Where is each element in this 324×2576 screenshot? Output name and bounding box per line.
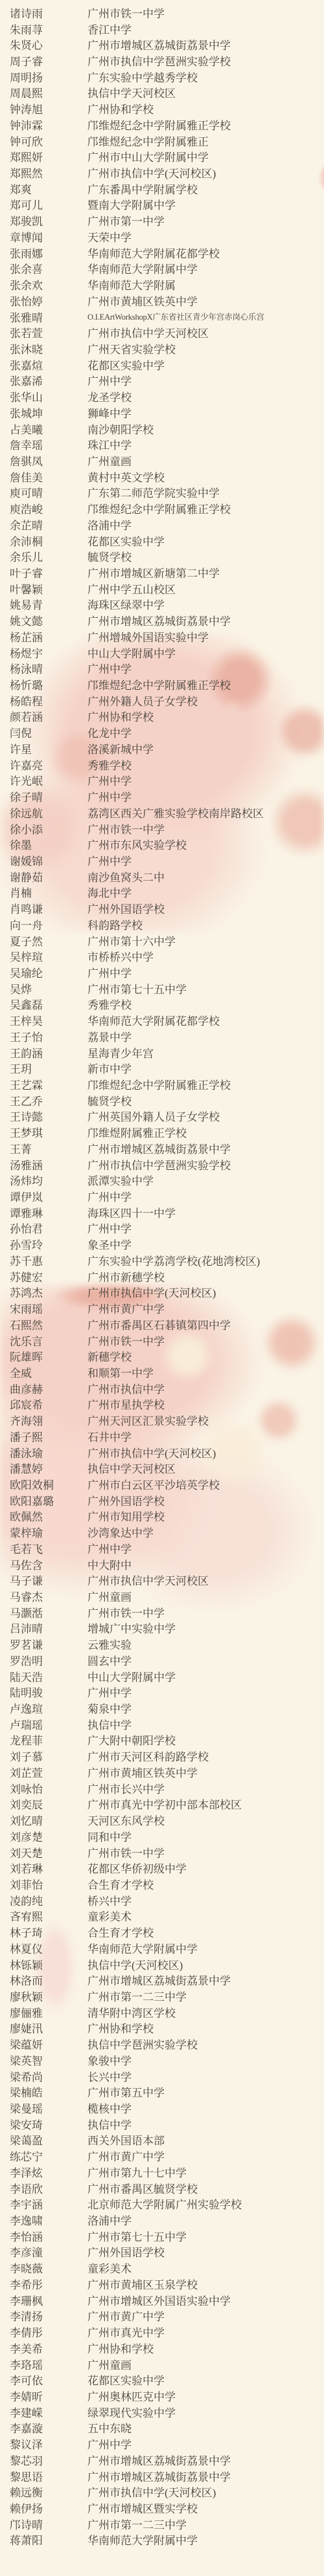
student-name: 廖秋颖 xyxy=(10,1988,87,2004)
school-name: 邝维煜纪念中学附属雅正 xyxy=(87,133,324,149)
school-name: 清华附中湾区学校 xyxy=(87,2004,324,2020)
list-item: 张若萱 广州市执信中学天河校区 xyxy=(0,324,324,340)
student-name: 王梦琪 xyxy=(10,1124,87,1140)
list-item: 余沛桐 花都区实验中学 xyxy=(0,533,324,549)
list-item: 杨芷涵 广州增城外国语实验中学 xyxy=(0,628,324,644)
student-name: 庾可晴 xyxy=(10,484,87,500)
list-item: 王梦琪 邝维煜附属雅正学校 xyxy=(0,1124,324,1140)
school-name: 华南师范大学附属中学 xyxy=(87,2531,324,2548)
school-name: 广州市第一二三中学 xyxy=(87,1988,324,2004)
list-item: 李婧昕 广州奥林匹克中学 xyxy=(0,2388,324,2404)
list-item: 周明扬 广东实验中学越秀学校 xyxy=(0,69,324,85)
student-name: 张嘉浠 xyxy=(10,372,87,388)
student-name: 刘菲怡 xyxy=(10,1876,87,1892)
school-name: 黄村中英文学校 xyxy=(87,468,324,485)
student-name: 徐墨 xyxy=(10,836,87,852)
list-item: 梁希尚 长兴中学 xyxy=(0,2068,324,2084)
student-name: 叶子睿 xyxy=(10,564,87,580)
student-name: 郑可儿 xyxy=(10,196,87,212)
list-item: 杨泳晴 广州中学 xyxy=(0,660,324,676)
student-name: 黎议泽 xyxy=(10,2436,87,2452)
school-name: 广州市黄埔区铁英中学 xyxy=(87,1764,324,1780)
list-item: 赖远衡 广州市执信中学(天河校区) xyxy=(0,2483,324,2500)
school-name: 同和中学 xyxy=(87,1828,324,1844)
student-name: 李泽炫 xyxy=(10,2164,87,2180)
list-item: 张嘉浠 广州中学 xyxy=(0,373,324,389)
list-item: 谢媛锦 广州中学 xyxy=(0,852,324,868)
student-name: 梁楠皓 xyxy=(10,2084,87,2100)
list-item: 刘菲怡 合生育才学校 xyxy=(0,1876,324,1892)
student-name: 朱贤心 xyxy=(10,36,87,52)
school-name: 合生育才学校 xyxy=(87,1876,324,1892)
student-name: 王艺霖 xyxy=(10,1076,87,1092)
school-name: 广东实验中学越秀学校 xyxy=(87,69,324,85)
list-item: 黎芯羽 广州市增城区荔城街荔景中学 xyxy=(0,2452,324,2468)
list-item: 赖伊扬 广州市增城区暨实学校 xyxy=(0,2500,324,2516)
list-item: 詹佳美 黄村中英文学校 xyxy=(0,468,324,485)
student-name: 沈乐言 xyxy=(10,1332,87,1349)
student-name: 李宇涵 xyxy=(10,2196,87,2212)
school-name: 广州天河区汇景实验学校 xyxy=(87,1412,324,1428)
list-item: 吴鑫磊 秀雅学校 xyxy=(0,996,324,1013)
student-name: 林子琦 xyxy=(10,1924,87,1940)
list-item: 王艺霖 邝维煜纪念中学附属雅正学校 xyxy=(0,1076,324,1092)
student-name: 张若萱 xyxy=(10,324,87,340)
student-name: 刘天楚 xyxy=(10,1844,87,1860)
list-item: 王韵涵 星海青少年宫 xyxy=(0,1044,324,1061)
school-name: 广州市黄埔区铁英中学 xyxy=(87,292,324,309)
school-name: 广州中学 xyxy=(87,2436,324,2452)
student-name: 张沐晓 xyxy=(10,340,87,357)
winner-roster-list: 诸诗雨 广州市铁一中学 朱雨荨 香江中学 朱贤心 广州市增城区荔城街荔景中学 周… xyxy=(0,5,324,2548)
list-item: 刘忆晴 天河区东风学校 xyxy=(0,1812,324,1828)
list-item: 占美曦 南沙朝阳学校 xyxy=(0,421,324,437)
list-item: 苏鸿杰 广州市执信中学(天河校区) xyxy=(0,1284,324,1301)
student-name: 石熙然 xyxy=(10,1316,87,1332)
student-name: 徐远航 xyxy=(10,804,87,820)
school-name: 广州市黄广中学 xyxy=(87,1300,324,1316)
school-name: 广州市天河区科韵路学校 xyxy=(87,1748,324,1764)
list-item: 朱贤心 广州市增城区荔城街荔景中学 xyxy=(0,36,324,52)
list-item: 刘子慕 广州市天河区科韵路学校 xyxy=(0,1748,324,1764)
list-item: 徐远航 荔湾区西关广雅实验学校南岸路校区 xyxy=(0,804,324,820)
student-name: 李希彤 xyxy=(10,2276,87,2292)
school-name: 南沙鱼窝头二中 xyxy=(87,868,324,885)
school-name: 洛浦中学 xyxy=(87,516,324,533)
school-name: 北京师范大学附属广州实验学校 xyxy=(87,2196,324,2212)
school-name: 广州外国语学校 xyxy=(87,1492,324,1508)
student-name: 王玥 xyxy=(10,1060,87,1076)
school-name: 暨南大学附属中学 xyxy=(87,196,324,212)
student-name: 王梓昊 xyxy=(10,1012,87,1028)
student-name: 庾浩峻 xyxy=(10,500,87,516)
student-name: 张城坤 xyxy=(10,404,87,421)
school-name: 执信中学(天河校区) xyxy=(87,1956,324,1972)
student-name: 李倩彤 xyxy=(10,2324,87,2340)
list-item: 凌韵纯 桥兴中学 xyxy=(0,1892,324,1908)
school-name: 广州市知用学校 xyxy=(87,1508,324,1524)
list-item: 石熙然 广州市番禺区石碁镇第四中学 xyxy=(0,1316,324,1332)
list-item: 叶子睿 广州市增城区新塘第二中学 xyxy=(0,564,324,580)
student-name: 郑爽 xyxy=(10,181,87,197)
list-item: 张怡婷 广州市黄埔区铁英中学 xyxy=(0,292,324,309)
list-item: 钟可欣 邝维煜纪念中学附属雅正 xyxy=(0,133,324,149)
list-item: 吕沛晴 增城广中实验中学 xyxy=(0,1620,324,1636)
student-name: 龙程菲 xyxy=(10,1732,87,1748)
list-item: 邝诗晴 广州市第一二三中学 xyxy=(0,2516,324,2532)
school-name: 邝维煜纪念中学附属雅正学校 xyxy=(87,116,324,133)
student-name: 李婧昕 xyxy=(10,2388,87,2404)
list-item: 宋雨瑶 广州市黄广中学 xyxy=(0,1300,324,1316)
student-name: 刘芷萱 xyxy=(10,1764,87,1780)
list-item: 谭伊岚 广州中学 xyxy=(0,1188,324,1204)
student-name: 王诗懿 xyxy=(10,1108,87,1124)
school-name: 广州市第七十五中学 xyxy=(87,980,324,996)
student-name: 钟可欣 xyxy=(10,133,87,149)
school-name: 广州市增城区荔城街荔景中学 xyxy=(87,2452,324,2468)
list-item: 许嘉亮 秀雅学校 xyxy=(0,756,324,773)
student-name: 余乐儿 xyxy=(10,548,87,564)
list-item: 孙雪玲 象圣中学 xyxy=(0,1236,324,1252)
school-name: 天河区东风学校 xyxy=(87,1812,324,1828)
student-name: 张雅晴 xyxy=(10,309,87,325)
school-name: 广州市中山大学附属中学 xyxy=(87,148,324,164)
school-name: 毓贤学校 xyxy=(87,548,324,564)
student-name: 欧佩然 xyxy=(10,1508,87,1524)
school-name: 洛溪新城中学 xyxy=(87,740,324,756)
list-item: 闫倪 化龙中学 xyxy=(0,724,324,740)
school-name: 广州市番禺区石碁镇第四中学 xyxy=(87,1316,324,1332)
list-item: 毛若飞 广州中学 xyxy=(0,1540,324,1556)
school-name: 广州协和学校 xyxy=(87,2020,324,2036)
school-name: 广州市增城区新塘第二中学 xyxy=(87,564,324,580)
school-name: 象骏中学 xyxy=(87,2052,324,2068)
student-name: 郑骏凯 xyxy=(10,212,87,228)
student-name: 梁蔼盈 xyxy=(10,2131,87,2148)
list-item: 李建嵘 绿翠现代实验中学 xyxy=(0,2404,324,2420)
list-item: 林洛而 广州市增城区荔城街荔景中学 xyxy=(0,1972,324,1988)
school-name: 华南师范大学附属 xyxy=(87,276,324,292)
school-name: 中山大学附属中学 xyxy=(87,1668,324,1684)
student-name: 刘忆晴 xyxy=(10,1812,87,1828)
school-name: O.I.EArtWorkshopX广东省社区青少年宫赤岗心乐宫 xyxy=(87,311,324,322)
list-item: 齐海翎 广州天河区汇景实验学校 xyxy=(0,1412,324,1428)
list-item: 潘泳瑜 广州市执信中学(天河校区) xyxy=(0,1444,324,1460)
list-item: 邱宸希 广州市星执学校 xyxy=(0,1396,324,1413)
school-name: 榄核中学 xyxy=(87,2100,324,2116)
list-item: 吴烨 广州市第七十五中学 xyxy=(0,980,324,996)
list-item: 林铄颖 执信中学(天河校区) xyxy=(0,1956,324,1972)
list-item: 余乐儿 毓贤学校 xyxy=(0,548,324,564)
school-name: 广州英国外籍人员子女学校 xyxy=(87,1108,324,1124)
student-name: 陆天浩 xyxy=(10,1668,87,1684)
list-item: 李宇涵 北京师范大学附属广州实验学校 xyxy=(0,2196,324,2212)
student-name: 张余欢 xyxy=(10,276,87,292)
school-name: 广州市执信中学琶洲实验学校 xyxy=(87,52,324,69)
student-name: 朱雨荨 xyxy=(10,21,87,37)
list-item: 廖秋颖 广州市第一二三中学 xyxy=(0,1988,324,2004)
student-name: 林洛而 xyxy=(10,1972,87,1988)
student-name: 刘彦楚 xyxy=(10,1828,87,1844)
list-item: 李倩彤 广州市真光中学 xyxy=(0,2324,324,2340)
school-name: 新市中学 xyxy=(87,1060,324,1076)
list-item: 诸诗雨 广州市铁一中学 xyxy=(0,5,324,21)
school-name: 秀雅学校 xyxy=(87,756,324,773)
list-item: 徐子晴 广州中学 xyxy=(0,788,324,804)
school-name: 狮峰中学 xyxy=(87,404,324,421)
list-item: 庾浩峻 邝维煜纪念中学附属雅正学校 xyxy=(0,500,324,516)
school-name: 广州市铁一中学 xyxy=(87,1332,324,1349)
student-name: 余芷晴 xyxy=(10,516,87,533)
student-name: 梁曼瑶 xyxy=(10,2100,87,2116)
student-name: 占美曦 xyxy=(10,421,87,437)
list-item: 刘咏怡 广州市长兴中学 xyxy=(0,1780,324,1796)
school-name: 广州市星执学校 xyxy=(87,1396,324,1412)
list-item: 罗茗谦 云雅实验 xyxy=(0,1636,324,1652)
school-name: 邝维煜附属雅正学校 xyxy=(87,1124,324,1140)
school-name: 绿翠现代实验中学 xyxy=(87,2404,324,2420)
list-item: 庾可晴 广东第二师范学院实验中学 xyxy=(0,485,324,501)
list-item: 张雅晴 O.I.EArtWorkshopX广东省社区青少年宫赤岗心乐宫 xyxy=(0,309,324,325)
list-item: 李晓薇 童彩美术 xyxy=(0,2260,324,2276)
list-item: 徐小添 广州市铁一中学 xyxy=(0,820,324,837)
school-name: 广州外籍人员子女学校 xyxy=(87,692,324,709)
school-name: 广东实验中学荔湾学校(花地湾校区) xyxy=(87,1252,324,1268)
student-name: 孙雪玲 xyxy=(10,1236,87,1252)
student-name: 张怡婷 xyxy=(10,292,87,309)
list-item: 王菁 广州市增城区荔城街荔景中学 xyxy=(0,1140,324,1156)
list-item: 刘芷萱 广州市黄埔区铁英中学 xyxy=(0,1764,324,1780)
student-name: 闫倪 xyxy=(10,724,87,740)
list-item: 黎议泽 广州中学 xyxy=(0,2436,324,2452)
student-name: 马佐含 xyxy=(10,1556,87,1572)
list-item: 谭雅琳 海珠区四十一中学 xyxy=(0,1204,324,1220)
school-name: 广州市新穗学校 xyxy=(87,1268,324,1284)
student-name: 杨忻璐 xyxy=(10,676,87,692)
list-item: 周子睿 广州市执信中学琶洲实验学校 xyxy=(0,52,324,69)
school-name: 广州中学 xyxy=(87,660,324,676)
student-name: 张嘉煊 xyxy=(10,357,87,373)
school-name: 市桥桥兴中学 xyxy=(87,948,324,964)
list-item: 刘彦楚 同和中学 xyxy=(0,1828,324,1844)
student-name: 潘子熙 xyxy=(10,1428,87,1444)
school-name: 广州中学 xyxy=(87,1540,324,1556)
list-item: 卢逸瑄 菊泉中学 xyxy=(0,1700,324,1716)
school-name: 广州市增城区荔城街荔景中学 xyxy=(87,612,324,628)
student-name: 肖鸣谦 xyxy=(10,900,87,916)
list-item: 欧阳嘉璐 广州外国语学校 xyxy=(0,1492,324,1508)
list-item: 张城坤 狮峰中学 xyxy=(0,404,324,421)
list-item: 汤雅涵 广州市执信中学琶洲实验学校 xyxy=(0,1156,324,1172)
school-name: 广州天省实验学校 xyxy=(87,340,324,357)
student-name: 宋雨瑶 xyxy=(10,1300,87,1316)
school-name: 广州中学 xyxy=(87,1684,324,1700)
school-name: 华南师范大学附属中学 xyxy=(87,260,324,276)
list-item: 李珊枫 广州市增城区外国语实验中学 xyxy=(0,2292,324,2308)
school-name: 花都区实验中学 xyxy=(87,357,324,373)
student-name: 刘若琳 xyxy=(10,1860,87,1876)
student-name: 刘子慕 xyxy=(10,1748,87,1764)
list-item: 肖楠 海北中学 xyxy=(0,885,324,901)
student-name: 马灏湉 xyxy=(10,1604,87,1620)
school-name: 华南师范大学附属花都学校 xyxy=(87,1012,324,1028)
student-name: 卢瑞瑶 xyxy=(10,1716,87,1732)
student-name: 梁英智 xyxy=(10,2052,87,2068)
school-name: 执信中学 xyxy=(87,1716,324,1732)
student-name: 姚易青 xyxy=(10,596,87,612)
list-item: 李美希 广州协和学校 xyxy=(0,2340,324,2356)
list-item: 马灏湉 广州市铁一中学 xyxy=(0,1604,324,1620)
student-name: 李建嵘 xyxy=(10,2404,87,2420)
school-name: 广州市铁一中学 xyxy=(87,820,324,837)
student-name: 黎芯羽 xyxy=(10,2452,87,2468)
school-name: 荔湾区西关广雅实验学校南岸路校区 xyxy=(87,804,324,820)
list-item: 王梓昊 华南师范大学附属花都学校 xyxy=(0,1012,324,1028)
school-name: 云雅实验 xyxy=(87,1636,324,1652)
list-item: 马睿杰 广州童画 xyxy=(0,1588,324,1604)
student-name: 詹骐凤 xyxy=(10,452,87,468)
student-name: 谢媛锦 xyxy=(10,852,87,868)
student-name: 李珊枫 xyxy=(10,2292,87,2308)
school-name: 桥兴中学 xyxy=(87,1892,324,1908)
school-name: 和顺第一中学 xyxy=(87,1364,324,1380)
student-name: 汤炜均 xyxy=(10,1172,87,1188)
school-name: 中山大学附属中学 xyxy=(87,644,324,661)
list-item: 孙怡君 广州中学 xyxy=(0,1220,324,1237)
school-name: 花都区实验中学 xyxy=(87,2372,324,2388)
student-name: 毛若飞 xyxy=(10,1540,87,1556)
student-name: 廖婕汛 xyxy=(10,2020,87,2036)
student-name: 蒋萧阳 xyxy=(10,2531,87,2548)
list-item: 刘若琳 花都区华侨初级中学 xyxy=(0,1860,324,1876)
student-name: 李珞瑶 xyxy=(10,2356,87,2372)
list-item: 李怡涵 广州市第七十五中学 xyxy=(0,2228,324,2244)
student-name: 许星 xyxy=(10,740,87,756)
list-item: 张沐晓 广州天省实验学校 xyxy=(0,340,324,357)
school-name: 广东第二师范学院实验中学 xyxy=(87,484,324,500)
student-name: 刘奕辰 xyxy=(10,1796,87,1812)
school-name: 广州市执信中学琶洲实验学校 xyxy=(87,1156,324,1172)
school-name: 广大附中朝阳学校 xyxy=(87,1732,324,1748)
school-name: 中大附中 xyxy=(87,1556,324,1572)
student-name: 杨泳晴 xyxy=(10,660,87,676)
list-item: 罗浩明 圆玄中学 xyxy=(0,1652,324,1668)
student-name: 欧阳效桐 xyxy=(10,1476,87,1492)
student-name: 梁蕴妍 xyxy=(10,2036,87,2052)
list-item: 吴梓瑄 市桥桥兴中学 xyxy=(0,948,324,964)
student-name: 黎思语 xyxy=(10,2468,87,2484)
list-item: 李珞瑶 广州童画 xyxy=(0,2356,324,2372)
list-item: 杨皓程 广州外籍人员子女学校 xyxy=(0,692,324,709)
student-name: 梁希尚 xyxy=(10,2068,87,2084)
list-item: 吝宥熙 童彩美术 xyxy=(0,1908,324,1924)
school-name: 广州中学 xyxy=(87,788,324,804)
student-name: 周明扬 xyxy=(10,69,87,85)
student-name: 吕沛晴 xyxy=(10,1620,87,1636)
list-item: 李清扬 广州市黄广中学 xyxy=(0,2308,324,2324)
list-item: 阮雄晖 新穗学校 xyxy=(0,1348,324,1364)
school-name: 广州市执信中学 xyxy=(87,1380,324,1396)
student-name: 向一舟 xyxy=(10,916,87,932)
school-name: 广州市执信中学(天河校区) xyxy=(87,164,324,181)
student-name: 姚文懿 xyxy=(10,612,87,628)
list-item: 梁蔼盈 西关外国语本部 xyxy=(0,2132,324,2148)
student-name: 李可依 xyxy=(10,2372,87,2388)
list-item: 李嘉漩 五中东晓 xyxy=(0,2420,324,2436)
school-name: 广州市执信中学天河校区 xyxy=(87,1572,324,1588)
student-name: 詹佳美 xyxy=(10,468,87,485)
school-name: 广州市执信中学天河校区 xyxy=(87,324,324,340)
student-name: 钟沛霖 xyxy=(10,116,87,133)
list-item: 苏健宏 广州市新穗学校 xyxy=(0,1268,324,1284)
school-name: 毓贤学校 xyxy=(87,1092,324,1108)
school-name: 广州市增城区暨实学校 xyxy=(87,2500,324,2516)
list-item: 曲彦赫 广州市执信中学 xyxy=(0,1380,324,1396)
list-item: 梁安琦 执信中学 xyxy=(0,2116,324,2132)
student-name: 卢逸瑄 xyxy=(10,1700,87,1716)
list-item: 梁英智 象骏中学 xyxy=(0,2052,324,2068)
school-name: 五中东晓 xyxy=(87,2419,324,2436)
list-item: 朱雨荨 香江中学 xyxy=(0,21,324,37)
school-name: 广州中学 xyxy=(87,772,324,788)
list-item: 郑爽 广东番禺中学附属学校 xyxy=(0,181,324,197)
school-name: 广州市增城区荔城街荔景中学 xyxy=(87,1140,324,1156)
list-item: 潘子熙 石井中学 xyxy=(0,1428,324,1444)
list-item: 刘天楚 广州市铁一中学 xyxy=(0,1844,324,1860)
school-name: 沙湾象达中学 xyxy=(87,1524,324,1540)
school-name: 广州市执信中学(天河校区) xyxy=(87,2483,324,2500)
list-item: 杨忻璐 邝维煜纪念中学附属雅正学校 xyxy=(0,676,324,692)
school-name: 象圣中学 xyxy=(87,1236,324,1252)
student-name: 吴鑫磊 xyxy=(10,996,87,1012)
student-name: 王韵涵 xyxy=(10,1044,87,1061)
school-name: 邝维煜纪念中学附属雅正学校 xyxy=(87,676,324,692)
school-name: 香江中学 xyxy=(87,21,324,37)
list-item: 郑骏凯 广州市第一中学 xyxy=(0,212,324,228)
school-name: 广州市真光中学 xyxy=(87,2324,324,2340)
school-name: 花都区华侨初级中学 xyxy=(87,1860,324,1876)
list-item: 余芷晴 洛浦中学 xyxy=(0,516,324,533)
school-name: 珠江中学 xyxy=(87,436,324,452)
list-item: 马佐含 中大附中 xyxy=(0,1556,324,1572)
student-name: 李美希 xyxy=(10,2340,87,2356)
school-name: 合生育才学校 xyxy=(87,1924,324,1940)
student-name: 杨煜宇 xyxy=(10,644,87,661)
list-item: 张雨娜 华南师范大学附属花都学校 xyxy=(0,245,324,261)
student-name: 张余喜 xyxy=(10,260,87,276)
list-item: 梁蕴妍 执信中学琶洲实验学校 xyxy=(0,2036,324,2052)
student-name: 罗茗谦 xyxy=(10,1636,87,1652)
list-item: 刘奕辰 广州市真光中学初中部本部校区 xyxy=(0,1796,324,1812)
student-name: 刘咏怡 xyxy=(10,1780,87,1796)
school-name: 广州市东风实验学校 xyxy=(87,836,324,852)
student-name: 赖远衡 xyxy=(10,2483,87,2500)
student-name: 凌韵纯 xyxy=(10,1892,87,1908)
list-item: 詹骐凤 广州童画 xyxy=(0,452,324,468)
school-name: 执信中学 xyxy=(87,2116,324,2132)
school-name: 秀雅学校 xyxy=(87,996,324,1012)
list-item: 李语欣 广州市番禺区毓贤学校 xyxy=(0,2180,324,2196)
student-name: 张华山 xyxy=(10,388,87,404)
school-name: 广州童画 xyxy=(87,452,324,468)
school-name: 执信中学琶洲实验学校 xyxy=(87,2036,324,2052)
student-name: 郑熙妍 xyxy=(10,148,87,164)
list-item: 谢静茹 南沙鱼窝头二中 xyxy=(0,868,324,885)
school-name: 广州市第一二三中学 xyxy=(87,2516,324,2532)
school-name: 广东番禺中学附属学校 xyxy=(87,181,324,197)
student-name: 吴梓瑄 xyxy=(10,948,87,964)
school-name: 执信中学天河校区 xyxy=(87,1460,324,1476)
